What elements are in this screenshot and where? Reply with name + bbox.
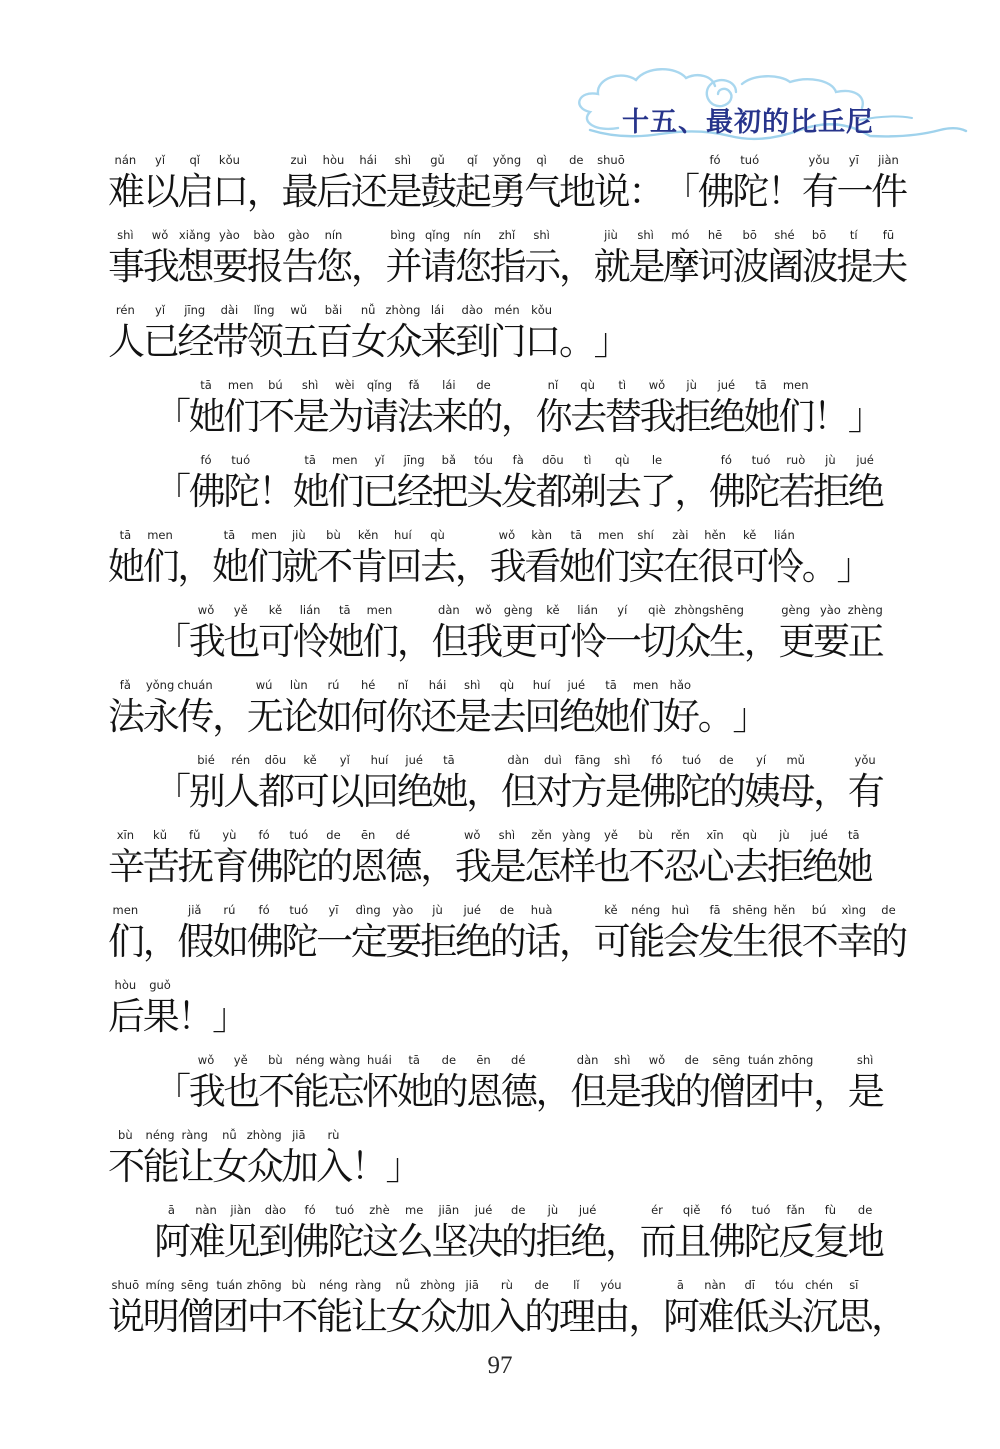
char-cell: men们: [327, 452, 362, 521]
pinyin-text: de: [674, 1052, 709, 1069]
hanzi-text: 可: [536, 619, 571, 671]
char-cell: chén沉: [802, 1277, 837, 1346]
pinyin-text: wǒ: [466, 602, 501, 619]
pinyin-text: hé: [351, 677, 386, 694]
char-cell: hái还: [351, 152, 386, 221]
text-line: 「wǒ我yě也kě可lián怜tā她men们，dàn但wǒ我gèng更kě可li…: [108, 602, 918, 677]
char-cell: lǐ理: [559, 1277, 594, 1346]
char-cell: de的: [709, 752, 744, 821]
pinyin-text: yǒng: [143, 677, 178, 694]
pinyin-text: rú: [212, 902, 247, 919]
pinyin-text: jiān: [432, 1202, 467, 1219]
pinyin-text: [351, 227, 386, 244]
char-cell: 。: [802, 527, 837, 596]
pinyin-text: fǎn: [778, 1202, 813, 1219]
pinyin-text: yí: [744, 752, 779, 769]
hanzi-text: ，: [247, 169, 282, 221]
char-cell: ā阿: [154, 1202, 189, 1271]
char-cell: néng能: [628, 902, 663, 971]
hanzi-text: 怜: [293, 619, 328, 671]
pinyin-text: lái: [420, 302, 455, 319]
char-cell: tā她: [836, 827, 871, 896]
char-cell: kǒu口: [524, 302, 559, 371]
char-cell: qǐng请: [420, 227, 455, 296]
char-cell: ：: [628, 152, 663, 221]
hanzi-text: 示: [524, 244, 559, 296]
body-text: nán难yǐ以qǐ启kǒu口，zuì最hòu后hái还shì是gǔ鼓qǐ起yǒn…: [108, 152, 918, 1352]
hanzi-text: 的: [466, 394, 501, 446]
pinyin-text: sī: [836, 1277, 871, 1294]
char-cell: ，: [744, 602, 779, 671]
char-cell: zhòng众: [247, 1127, 282, 1196]
hanzi-text: 都: [258, 769, 293, 821]
hanzi-text: 她: [397, 1069, 432, 1121]
char-cell: zhòng众: [420, 1277, 455, 1346]
hanzi-text: 拒: [536, 1219, 571, 1271]
pinyin-text: lǐ: [559, 1277, 594, 1294]
pinyin-text: guǒ: [143, 977, 178, 994]
hanzi-text: ，: [628, 1294, 663, 1346]
chapter-header: 十五、最初的比丘尼: [560, 68, 970, 158]
pinyin-text: wǒ: [189, 602, 224, 619]
char-cell: 」: [212, 977, 247, 1046]
pinyin-text: huí: [386, 527, 421, 544]
hanzi-text: 您: [316, 244, 351, 296]
char-cell: jué绝: [709, 377, 744, 446]
char-cell: hěn很: [698, 527, 733, 596]
pinyin-text: fó: [189, 452, 224, 469]
pinyin-text: [258, 452, 293, 469]
pinyin-text: tā: [397, 1052, 432, 1069]
hanzi-text: 我: [189, 1069, 224, 1121]
pinyin-text: jiǎ: [177, 902, 212, 919]
pinyin-text: dài: [212, 302, 247, 319]
pinyin-text: ēn: [466, 1052, 501, 1069]
char-cell: 「: [154, 452, 189, 521]
hanzi-text: 我: [640, 394, 675, 446]
hanzi-text: 绝: [455, 919, 490, 971]
pinyin-text: tuó: [281, 827, 316, 844]
char-cell: zhèng正: [848, 602, 883, 671]
pinyin-text: de: [871, 902, 906, 919]
hanzi-text: 佛: [293, 1219, 328, 1271]
pinyin-text: huí: [362, 752, 397, 769]
pinyin-text: wǒ: [455, 827, 490, 844]
hanzi-text: 一: [836, 169, 871, 221]
hanzi-text: 佛: [709, 469, 744, 521]
pinyin-text: ér: [640, 1202, 675, 1219]
hanzi-text: 诃: [698, 244, 733, 296]
hanzi-text: 以: [143, 169, 178, 221]
hanzi-text: 很: [698, 544, 733, 596]
hanzi-text: 陀: [327, 1219, 362, 1271]
hanzi-text: 众: [247, 1144, 282, 1196]
char-cell: mén门: [490, 302, 525, 371]
pinyin-text: nàn: [698, 1277, 733, 1294]
hanzi-text: ！: [813, 394, 848, 446]
hanzi-text: 佛: [640, 769, 675, 821]
pinyin-text: dī: [732, 1277, 767, 1294]
pinyin-text: [247, 152, 282, 169]
char-cell: de的: [432, 1052, 467, 1121]
char-cell: yī一: [836, 152, 871, 221]
hanzi-text: 会: [663, 919, 698, 971]
hanzi-text: 对: [536, 769, 571, 821]
pinyin-text: zhōng: [778, 1052, 813, 1069]
char-cell: wǒ我: [143, 227, 178, 296]
hanzi-text: 阿: [154, 1219, 189, 1271]
pinyin-text: tā: [293, 452, 328, 469]
char-cell: rén人: [108, 302, 143, 371]
pinyin-text: bié: [189, 752, 224, 769]
pinyin-text: huà: [524, 902, 559, 919]
pinyin-text: xìng: [836, 902, 871, 919]
pinyin-text: [628, 152, 663, 169]
pinyin-text: fǔ: [177, 827, 212, 844]
hanzi-text: 气: [524, 169, 559, 221]
char-cell: tuán团: [212, 1277, 247, 1346]
char-cell: nǐ你: [386, 677, 421, 746]
char-cell: chuán传: [177, 677, 212, 746]
hanzi-text: 都: [536, 469, 571, 521]
char-cell: ràng让: [177, 1127, 212, 1196]
hanzi-text: 团: [212, 1294, 247, 1346]
char-cell: kě可: [536, 602, 571, 671]
char-cell: zhòng众: [674, 602, 709, 671]
pinyin-text: hái: [420, 677, 455, 694]
char-cell: bǎ把: [432, 452, 467, 521]
pinyin-text: [836, 527, 871, 544]
pinyin-text: kě: [293, 752, 328, 769]
pinyin-text: fù: [813, 1202, 848, 1219]
hanzi-text: 「: [154, 394, 189, 446]
pinyin-text: [420, 827, 455, 844]
hanzi-text: 无: [247, 694, 282, 746]
pinyin-text: sēng: [177, 1277, 212, 1294]
pinyin-text: nǚ: [351, 302, 386, 319]
hanzi-text: 绝: [848, 469, 883, 521]
hanzi-text: 由: [594, 1294, 629, 1346]
hanzi-text: 」: [386, 1144, 421, 1196]
pinyin-text: qù: [420, 527, 455, 544]
hanzi-text: 能: [293, 1069, 328, 1121]
hanzi-text: 还: [351, 169, 386, 221]
char-cell: yǒu有: [802, 152, 837, 221]
text-line: rén人yǐ已jīng经dài带lǐng领wǔ五bǎi百nǚ女zhòng众lái…: [108, 302, 918, 377]
pinyin-text: yǒu: [802, 152, 837, 169]
char-cell: wǒ我: [466, 602, 501, 671]
hanzi-text: 好: [663, 694, 698, 746]
char-cell: shì是: [628, 227, 663, 296]
pinyin-text: fà: [501, 452, 536, 469]
hanzi-text: 佛: [247, 844, 282, 896]
pinyin-text: lùn: [281, 677, 316, 694]
char-cell: tóu头: [466, 452, 501, 521]
pinyin-text: jué: [709, 377, 744, 394]
char-cell: ，: [559, 902, 594, 971]
char-cell: rú如: [316, 677, 351, 746]
pinyin-text: rù: [490, 1277, 525, 1294]
hanzi-text: 抚: [177, 844, 212, 896]
char-cell: huì会: [663, 902, 698, 971]
hanzi-text: 她: [744, 394, 779, 446]
hanzi-text: 加: [281, 1144, 316, 1196]
hanzi-text: 明: [143, 1294, 178, 1346]
hanzi-text: 请: [420, 244, 455, 296]
pinyin-text: ràng: [351, 1277, 386, 1294]
hanzi-text: 去: [570, 394, 605, 446]
pinyin-text: jué: [570, 1202, 605, 1219]
hanzi-text: ：: [628, 169, 663, 221]
pinyin-text: jù: [674, 377, 709, 394]
pinyin-text: shì: [628, 227, 663, 244]
char-cell: ，: [397, 602, 432, 671]
hanzi-text: 起: [455, 169, 490, 221]
char-cell: tuó陀: [744, 452, 779, 521]
hanzi-text: 难: [189, 1219, 224, 1271]
char-cell: bù不: [316, 527, 351, 596]
char-cell: yù育: [212, 827, 247, 896]
hanzi-text: 她: [594, 694, 629, 746]
pinyin-text: fó: [709, 1202, 744, 1219]
pinyin-text: yào: [386, 902, 421, 919]
hanzi-text: 的: [709, 769, 744, 821]
hanzi-text: 告: [281, 244, 316, 296]
hanzi-text: ，: [420, 844, 455, 896]
char-cell: men们: [108, 902, 143, 971]
hanzi-text: ，: [813, 1069, 848, 1121]
char-cell: kěn肯: [351, 527, 386, 596]
char-cell: fó佛: [247, 902, 282, 971]
pinyin-text: gèng: [778, 602, 813, 619]
hanzi-text: ，: [177, 544, 212, 596]
pinyin-text: bù: [316, 527, 351, 544]
pinyin-text: xiǎng: [177, 227, 212, 244]
hanzi-text: 如: [212, 919, 247, 971]
hanzi-text: 就: [594, 244, 629, 296]
char-cell: qǐng请: [362, 377, 397, 446]
pinyin-text: [212, 977, 247, 994]
pinyin-text: zhōng: [247, 1277, 282, 1294]
pinyin-text: [143, 902, 178, 919]
char-cell: huái怀: [362, 1052, 397, 1121]
pinyin-text: bào: [247, 227, 282, 244]
pinyin-text: [559, 227, 594, 244]
hanzi-text: ！: [177, 994, 212, 1046]
char-cell: jué绝: [397, 752, 432, 821]
hanzi-text: 有: [802, 169, 837, 221]
pinyin-text: zěn: [524, 827, 559, 844]
pinyin-text: men: [247, 527, 282, 544]
hanzi-text: 」: [212, 994, 247, 1046]
pinyin-text: bìng: [386, 227, 421, 244]
pinyin-text: shì: [490, 827, 525, 844]
hanzi-text: 更: [501, 619, 536, 671]
pinyin-text: qǐng: [362, 377, 397, 394]
char-cell: bù不: [108, 1127, 143, 1196]
char-cell: ，: [605, 1202, 640, 1271]
char-cell: bù不: [281, 1277, 316, 1346]
pinyin-text: jué: [848, 452, 883, 469]
char-cell: yào要: [212, 227, 247, 296]
hanzi-text: 绝: [709, 394, 744, 446]
pinyin-text: [351, 1127, 386, 1144]
pinyin-text: kě: [536, 602, 571, 619]
char-cell: shēng生: [709, 602, 744, 671]
hanzi-text: 让: [177, 1144, 212, 1196]
char-cell: qǐ启: [177, 152, 212, 221]
pinyin-text: mǔ: [778, 752, 813, 769]
pinyin-text: men: [223, 377, 258, 394]
char-cell: ，: [674, 452, 709, 521]
char-cell: yě也: [223, 602, 258, 671]
char-cell: ！: [258, 452, 293, 521]
char-cell: jiān坚: [432, 1202, 467, 1271]
text-line: ā阿nàn难jiàn见dào到fó佛tuó陀zhè这me么jiān坚jué决de…: [108, 1202, 918, 1277]
hanzi-text: 是: [628, 244, 663, 296]
hanzi-text: 波: [732, 244, 767, 296]
pinyin-text: wǒ: [640, 377, 675, 394]
hanzi-text: 经: [177, 319, 212, 371]
hanzi-text: 么: [397, 1219, 432, 1271]
text-line: bù不néng能ràng让nǚ女zhòng众jiā加rù入！」: [108, 1127, 918, 1202]
hanzi-text: 拒: [674, 394, 709, 446]
hanzi-text: 反: [778, 1219, 813, 1271]
char-cell: yóu由: [594, 1277, 629, 1346]
char-cell: wú无: [247, 677, 282, 746]
hanzi-text: 怎: [524, 844, 559, 896]
hanzi-text: ，: [813, 769, 848, 821]
hanzi-text: 忍: [663, 844, 698, 896]
char-cell: bú不: [802, 902, 837, 971]
hanzi-text: 见: [223, 1219, 258, 1271]
char-cell: ，: [247, 152, 282, 221]
hanzi-text: 女: [386, 1294, 421, 1346]
char-cell: lǐng领: [247, 302, 282, 371]
pinyin-text: qǐ: [455, 152, 490, 169]
hanzi-text: 别: [189, 769, 224, 821]
pinyin-text: de: [524, 1277, 559, 1294]
char-cell: lián怜: [293, 602, 328, 671]
pinyin-text: qù: [605, 452, 640, 469]
hanzi-text: ，: [559, 919, 594, 971]
text-line: 「fó佛tuó陀！tā她men们yǐ已jīng经bǎ把tóu头fà发dōu都tì…: [108, 452, 918, 527]
hanzi-text: 是: [605, 769, 640, 821]
pinyin-text: yī: [836, 152, 871, 169]
char-cell: 。: [698, 677, 733, 746]
hanzi-text: 们: [778, 394, 813, 446]
hanzi-text: 。: [698, 694, 733, 746]
hanzi-text: ，: [744, 619, 779, 671]
char-cell: tuó陀: [281, 902, 316, 971]
pinyin-text: [848, 377, 883, 394]
pinyin-text: lián: [570, 602, 605, 619]
char-cell: le了: [640, 452, 675, 521]
char-cell: tuó陀: [674, 752, 709, 821]
hanzi-text: 「: [154, 769, 189, 821]
char-cell: yǒng勇: [490, 152, 525, 221]
pinyin-text: bǎ: [432, 452, 467, 469]
hanzi-text: 头: [767, 1294, 802, 1346]
pinyin-text: dìng: [351, 902, 386, 919]
hanzi-text: 决: [466, 1219, 501, 1271]
pinyin-text: lián: [293, 602, 328, 619]
hanzi-text: 是: [455, 694, 490, 746]
pinyin-text: zhǐ: [490, 227, 525, 244]
hanzi-text: 们: [223, 394, 258, 446]
char-cell: shì是: [455, 677, 490, 746]
text-line: tā她men们，tā她men们jiù就bù不kěn肯huí回qù去，wǒ我kàn…: [108, 527, 918, 602]
char-cell: jīng经: [397, 452, 432, 521]
pinyin-text: chuán: [177, 677, 212, 694]
hanzi-text: 也: [223, 1069, 258, 1121]
hanzi-text: 夫: [871, 244, 906, 296]
pinyin-text: rù: [316, 1127, 351, 1144]
pinyin-text: tā: [594, 677, 629, 694]
char-cell: huí回: [386, 527, 421, 596]
hanzi-text: 的: [674, 1069, 709, 1121]
char-cell: gǔ鼓: [420, 152, 455, 221]
char-cell: xīn辛: [108, 827, 143, 896]
pinyin-text: wǒ: [640, 1052, 675, 1069]
char-cell: ，: [501, 377, 536, 446]
hanzi-text: 且: [674, 1219, 709, 1271]
pinyin-text: shì: [524, 227, 559, 244]
char-cell: dé德: [386, 827, 421, 896]
char-cell: zuì最: [281, 152, 316, 221]
char-cell: lái来: [420, 302, 455, 371]
hanzi-text: ，: [605, 1219, 640, 1271]
char-cell: fó佛: [709, 452, 744, 521]
hanzi-text: 实: [628, 544, 663, 596]
char-cell: tā她: [189, 377, 224, 446]
hanzi-text: 们: [327, 469, 362, 521]
hanzi-text: ，: [536, 1069, 571, 1121]
pinyin-text: yǐ: [327, 752, 362, 769]
hanzi-text: 复: [813, 1219, 848, 1271]
hanzi-text: 她: [212, 544, 247, 596]
char-cell: gèng更: [501, 602, 536, 671]
pinyin-text: fó: [247, 902, 282, 919]
pinyin-text: zhòng: [420, 1277, 455, 1294]
pinyin-text: huí: [524, 677, 559, 694]
pinyin-text: jué: [397, 752, 432, 769]
char-cell: huí回: [362, 752, 397, 821]
text-line: 「wǒ我yě也bù不néng能wàng忘huái怀tā她de的ēn恩dé德，dà…: [108, 1052, 918, 1127]
hanzi-text: ，: [674, 469, 709, 521]
hanzi-text: ，: [212, 694, 247, 746]
hanzi-text: 你: [536, 394, 571, 446]
pinyin-text: qì: [524, 152, 559, 169]
hanzi-text: 很: [767, 919, 802, 971]
char-cell: shì是: [293, 377, 328, 446]
pinyin-text: hěn: [698, 527, 733, 544]
char-cell: jiù就: [594, 227, 629, 296]
hanzi-text: 僧: [177, 1294, 212, 1346]
pinyin-text: yào: [212, 227, 247, 244]
char-cell: yí一: [605, 602, 640, 671]
hanzi-text: 的: [316, 844, 351, 896]
hanzi-text: 肯: [351, 544, 386, 596]
char-cell: jiù就: [281, 527, 316, 596]
char-cell: fó佛: [293, 1202, 328, 1271]
char-cell: jù拒: [767, 827, 802, 896]
pinyin-text: [605, 1202, 640, 1219]
char-cell: tuó陀: [732, 152, 767, 221]
hanzi-text: ，: [466, 769, 501, 821]
char-cell: ，: [536, 1052, 571, 1121]
char-cell: men们: [628, 677, 663, 746]
